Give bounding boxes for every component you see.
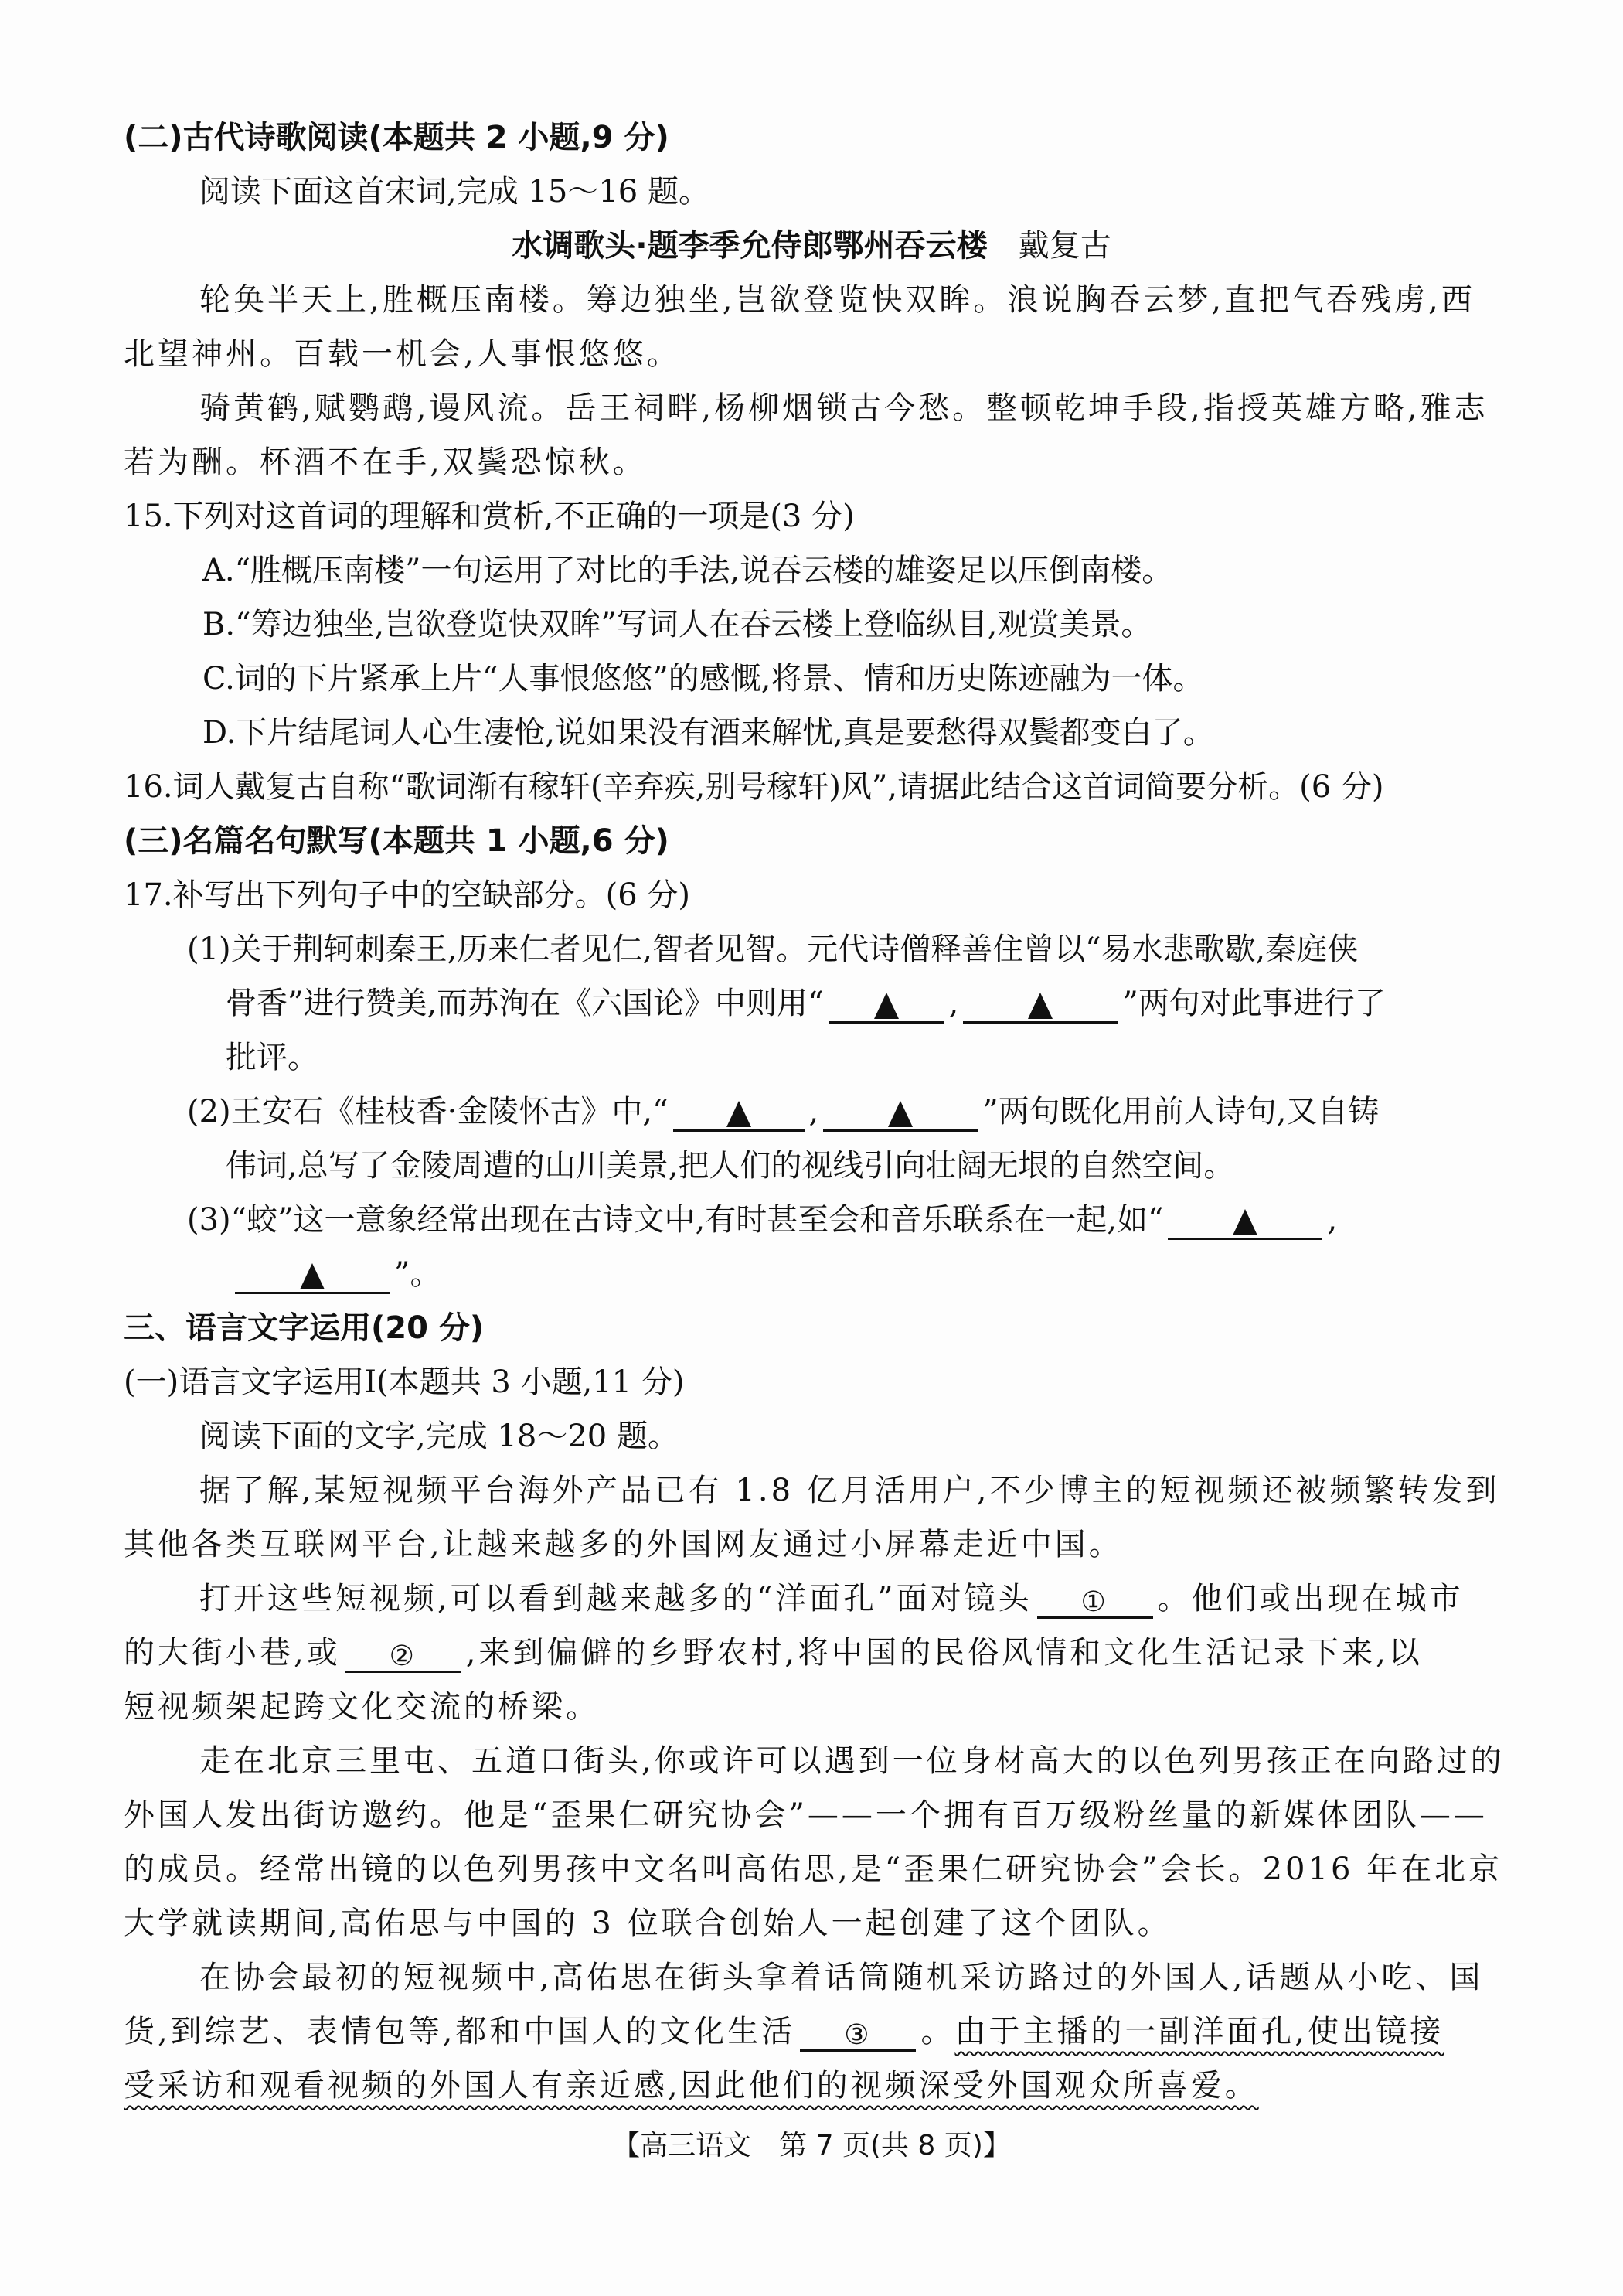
q17-part2-line1: (2)王安石《桂枝香·金陵怀古》中,“,”两句既化用前人诗句,又自铸: [187, 1092, 1563, 1132]
wavy-underlined-sentence-part1: 由于主播的一副洋面孔,使出镜接: [954, 2014, 1444, 2049]
sub-heading-language-use-1: (一)语言文字运用Ⅰ(本题共 3 小题,11 分): [124, 1362, 1499, 1402]
poem-line-4: 若为酬。杯酒不在手,双鬓恐惊秋。: [124, 442, 1499, 482]
passage-para2-line1: 打开这些短视频,可以看到越来越多的“洋面孔”面对镜头①。他们或出现在城市: [199, 1579, 1575, 1619]
wavy-underlined-sentence-part2: 受采访和观看视频的外国人有亲近感,因此他们的视频深受外国观众所喜爱。: [124, 2068, 1259, 2104]
para2-line2-text-b: ,来到偏僻的乡野农村,将中国的民俗风情和文化生活记录下来,以: [466, 1635, 1423, 1671]
section-heading-recitation: (三)名篇名句默写(本题共 1 小题,6 分): [124, 821, 1499, 861]
q17-part1-text-c: ”两句对此事进行了: [1122, 986, 1385, 1021]
q17-part1-line2: 骨香”进行赞美,而苏洵在《六国论》中则用“,”两句对此事进行了: [226, 983, 1601, 1024]
q17-part2-text-c: ”两句既化用前人诗句,又自铸: [982, 1094, 1379, 1129]
para2-text-b: 。他们或出现在城市: [1158, 1581, 1464, 1616]
poem-title-line: 水调歌头·题李季允侍郎鄂州吞云楼戴复古: [0, 226, 1623, 266]
q17-part2-text-a: (2)王安石《桂枝香·金陵怀古》中,“: [187, 1094, 669, 1129]
instruction-poetry: 阅读下面这首宋词,完成 15～16 题。: [199, 172, 1575, 212]
fill-blank-1[interactable]: ①: [1037, 1582, 1153, 1619]
q15-option-b: B.“筹边独坐,岂欲登览快双眸”写词人在吞云楼上登临纵目,观赏美景。: [202, 605, 1578, 645]
answer-blank[interactable]: [829, 987, 944, 1024]
poem-title: 水调歌头·题李季允侍郎鄂州吞云楼: [512, 228, 987, 264]
poem-line-1: 轮奂半天上,胜概压南楼。筹边独坐,岂欲登览快双眸。浪说胸吞云梦,直把气吞残虏,西: [199, 280, 1575, 320]
q17-part1-comma: ,: [949, 986, 959, 1021]
triangle-marker-icon: [874, 993, 899, 1019]
passage-para3-line2: 外国人发出街访邀约。他是“歪果仁研究协会”——一个拥有百万级粉丝量的新媒体团队—…: [124, 1795, 1499, 1835]
q17-part2-line2: 伟词,总写了金陵周遭的山川美景,把人们的视线引向壮阔无垠的自然空间。: [226, 1146, 1601, 1186]
passage-para4-line1: 在协会最初的短视频中,高佑思在街头拿着话筒随机采访路过的外国人,话题从小吃、国: [199, 1957, 1575, 1998]
triangle-marker-icon: [1233, 1209, 1257, 1235]
answer-blank[interactable]: [1168, 1204, 1322, 1240]
passage-para3-line1: 走在北京三里屯、五道口街头,你或许可以遇到一位身材高大的以色列男孩正在向路过的: [199, 1741, 1575, 1781]
q15-option-d: D.下片结尾词人心生凄怆,说如果没有酒来解忧,真是要愁得双鬓都变白了。: [202, 713, 1578, 753]
q17-part3-comma: ,: [1327, 1202, 1337, 1238]
fill-blank-3[interactable]: ③: [800, 2015, 916, 2052]
q17-part3-line2: ”。: [226, 1254, 1601, 1294]
passage-para4-line3: 受采访和观看视频的外国人有亲近感,因此他们的视频深受外国观众所喜爱。: [124, 2066, 1499, 2106]
answer-blank[interactable]: [673, 1095, 805, 1132]
para2-line2-text-a: 的大街小巷,或: [124, 1635, 341, 1671]
q15-option-c: C.词的下片紧承上片“人事恨悠悠”的感慨,将景、情和历史陈迹融为一体。: [202, 659, 1578, 699]
passage-para2-line2: 的大街小巷,或②,来到偏僻的乡野农村,将中国的民俗风情和文化生活记录下来,以: [124, 1633, 1499, 1673]
answer-blank[interactable]: [963, 987, 1118, 1024]
q17-part1-line1: (1)关于荆轲刺秦王,历来仁者见仁,智者见智。元代诗僧释善住曾以“易水悲歌歇,秦…: [187, 929, 1563, 969]
instruction-language-use: 阅读下面的文字,完成 18～20 题。: [199, 1416, 1575, 1456]
q17-part1-line3: 批评。: [226, 1037, 1601, 1078]
passage-para4-line2: 货,到综艺、表情包等,都和中国人的文化生活③。由于主播的一副洋面孔,使出镜接: [124, 2012, 1499, 2052]
part-heading-language-use: 三、语言文字运用(20 分): [124, 1308, 1499, 1348]
section-heading-poetry: (二)古代诗歌阅读(本题共 2 小题,9 分): [124, 118, 1499, 158]
passage-para3-line4: 大学就读期间,高佑思与中国的 3 位联合创始人一起创建了这个团队。: [124, 1903, 1499, 1943]
passage-para2-line3: 短视频架起跨文化交流的桥梁。: [124, 1687, 1499, 1727]
passage-para1-line2: 其他各类互联网平台,让越来越多的外国网友通过小屏幕走近中国。: [124, 1524, 1499, 1565]
q17-part3-line1: (3)“蛟”这一意象经常出现在古诗文中,有时甚至会和音乐联系在一起,如“,: [187, 1200, 1563, 1240]
poem-author: 戴复古: [1019, 228, 1111, 264]
question-16-stem: 16.词人戴复古自称“歌词渐有稼轩(辛弃疾,别号稼轩)风”,请据此结合这首词简要…: [124, 767, 1499, 807]
q17-part1-text-a: 骨香”进行赞美,而苏洵在《六国论》中则用“: [226, 986, 824, 1021]
q15-option-a: A.“胜概压南楼”一句运用了对比的手法,说吞云楼的雄姿足以压倒南楼。: [202, 550, 1578, 591]
answer-blank[interactable]: [823, 1095, 978, 1132]
poem-line-2: 北望神州。百载一机会,人事恨悠悠。: [124, 334, 1499, 374]
poem-line-3: 骑黄鹤,赋鹦鹉,谩风流。岳王祠畔,杨柳烟锁古今愁。整顿乾坤手段,指授英雄方略,雅…: [199, 388, 1575, 428]
triangle-marker-icon: [300, 1263, 325, 1289]
question-17-stem: 17.补写出下列句子中的空缺部分。(6 分): [124, 875, 1499, 915]
q17-part2-comma: ,: [809, 1094, 819, 1129]
triangle-marker-icon: [726, 1101, 751, 1127]
page-footer: 【高三语文 第 7 页(共 8 页)】: [0, 2126, 1623, 2166]
q17-part3-text-a: (3)“蛟”这一意象经常出现在古诗文中,有时甚至会和音乐联系在一起,如“: [187, 1202, 1163, 1238]
question-15-stem: 15.下列对这首词的理解和赏析,不正确的一项是(3 分): [124, 496, 1499, 537]
para4-period: 。: [920, 2014, 954, 2049]
triangle-marker-icon: [1028, 993, 1053, 1019]
para4-text-a: 货,到综艺、表情包等,都和中国人的文化生活: [124, 2014, 795, 2049]
passage-para1-line1: 据了解,某短视频平台海外产品已有 1.8 亿月活用户,不少博主的短视频还被频繁转…: [199, 1470, 1575, 1511]
fill-blank-2[interactable]: ②: [345, 1637, 461, 1673]
passage-para3-line3: 的成员。经常出镜的以色列男孩中文名叫高佑思,是“歪果仁研究协会”会长。2016 …: [124, 1849, 1499, 1889]
q17-part3-close: ”。: [394, 1256, 441, 1292]
para2-text-a: 打开这些短视频,可以看到越来越多的“洋面孔”面对镜头: [199, 1581, 1033, 1616]
exam-page: (二)古代诗歌阅读(本题共 2 小题,9 分) 阅读下面这首宋词,完成 15～1…: [0, 0, 1623, 2296]
answer-blank[interactable]: [235, 1258, 390, 1294]
triangle-marker-icon: [888, 1101, 913, 1127]
